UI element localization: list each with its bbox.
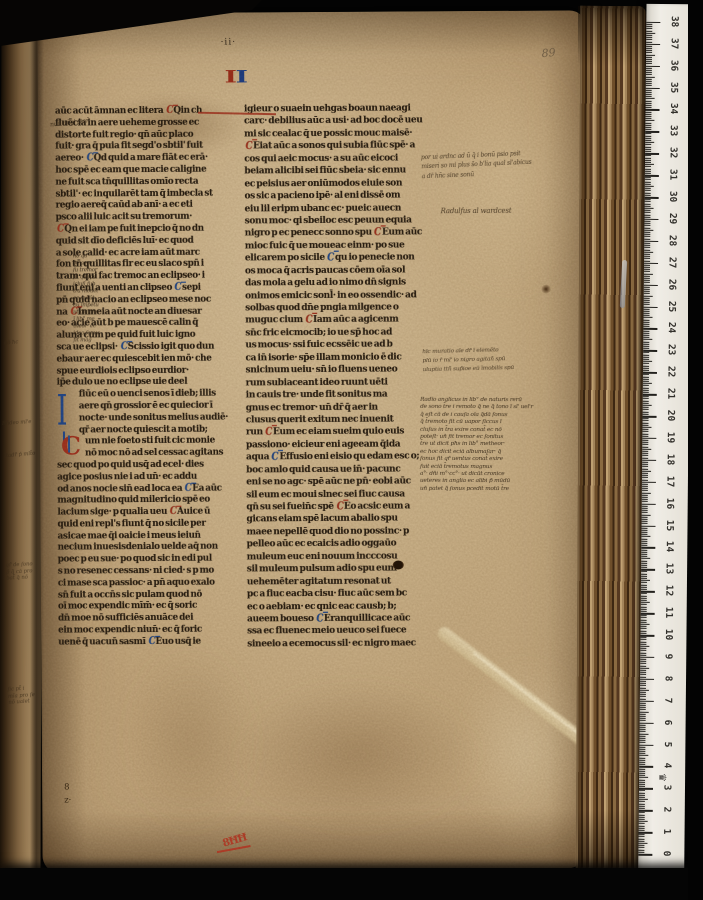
ruler-tick-mm: [644, 214, 650, 215]
ruler-tick-mm: [639, 773, 645, 774]
ruler-tick-mm: [640, 683, 646, 684]
ruler-tick-mm: [646, 79, 652, 80]
ruler-tick-mm: [644, 223, 650, 224]
ruler-tick-mm: [645, 142, 654, 143]
ruler-tick-mm: [645, 135, 651, 136]
text-line: solbas quod dn̄e pngia milgence o: [245, 301, 437, 315]
ruler-tick-mm: [640, 668, 649, 669]
text-line: sil muleum pulsum adio spu eum: [247, 562, 439, 576]
ruler-tick-mm: [641, 565, 647, 566]
ruler-tick-mm: [642, 462, 648, 463]
ruler-tick-mm: [643, 374, 649, 375]
ruler-tick-mm: [646, 35, 652, 36]
ruler-tick-mm: [644, 273, 653, 274]
ruler-tick-mm: [643, 390, 649, 391]
ruler-number: 14: [664, 536, 675, 558]
ruler-tick-cm: [643, 350, 657, 352]
ruler-tick-mm: [645, 179, 651, 180]
ruler-number: 18: [665, 448, 676, 470]
ruler-tick-mm: [639, 742, 645, 743]
ruler-tick-mm: [640, 720, 646, 721]
ruler-tick-mm: [640, 633, 646, 634]
ruler-tick-mm: [642, 453, 648, 454]
ruler-number: 26: [666, 273, 677, 295]
ruler-tick-mm: [641, 626, 647, 627]
ruler-tick-mm: [640, 692, 646, 693]
ruler-tick-mm: [645, 181, 651, 182]
text-line: carc· debilius aūc a usi· ad boc docē ue…: [244, 115, 436, 129]
ruler-tick-mm: [645, 164, 654, 165]
ruler-tick-mm: [646, 107, 652, 108]
ruler-tick-mm: [641, 554, 647, 555]
ruler-tick-mm: [639, 825, 645, 826]
ruler-number: 28: [667, 229, 678, 251]
ruler-tick-mm: [641, 571, 647, 572]
ruler-tick-mm: [643, 403, 649, 404]
text-line: aueem boueso CEranquillicace aūc: [247, 612, 439, 626]
ruler-tick-mm: [644, 269, 650, 270]
ruler-tick-mm: [645, 144, 651, 145]
photo-background-bottom: [0, 868, 703, 900]
ruler-tick-mm: [644, 256, 650, 257]
ruler-tick-mm: [646, 83, 652, 84]
ruler-tick-mm: [643, 420, 649, 421]
ruler-tick-mm: [643, 346, 649, 347]
ruler-tick-mm: [643, 398, 649, 399]
fore-edge-shadow: [578, 6, 644, 870]
ruler-tick-mm: [645, 186, 654, 187]
ruler-tick-mm: [640, 644, 646, 645]
ruler-tick-mm: [642, 521, 648, 522]
paraph-mark: C: [271, 450, 280, 465]
ruler-number: 38: [669, 10, 680, 32]
ruler-tick-mm: [642, 490, 648, 491]
ruler-number: 34: [668, 98, 679, 120]
ruler-number: 6: [662, 711, 673, 733]
ruler-tick-mm: [645, 195, 651, 196]
ruler-tick-mm: [642, 436, 648, 437]
ruler-number: 32: [667, 142, 678, 164]
ruler-tick-mm: [644, 276, 650, 277]
ruler-tick-mm: [645, 125, 651, 126]
ruler-tick-mm: [640, 637, 646, 638]
ruler-tick-mm: [644, 234, 650, 235]
ruler-tick-mm: [639, 790, 645, 791]
ruler-tick-mm: [641, 556, 647, 557]
ruler-tick-mm: [641, 624, 650, 625]
ruler-tick-mm: [641, 576, 647, 577]
ruler-tick-mm: [645, 208, 654, 209]
ruler-tick-cm: [639, 766, 653, 768]
text-line: run CEum ec eiam sueim quio euis: [246, 426, 438, 440]
ruler-tick-mm: [641, 611, 647, 612]
ruler-number: 22: [665, 361, 676, 383]
text-line: pelleo aūc ec ecaicis adio oggaūo: [247, 538, 439, 552]
ruler-tick-mm: [644, 247, 650, 248]
text-line: cos qui aeic mocus· a su aūc eicoci: [244, 152, 436, 166]
ruler: 0123456789101112131415161718192021222324…: [638, 4, 693, 892]
ruler-tick-cm: [642, 481, 656, 483]
ruler-tick-mm: [642, 444, 648, 445]
ruler-tick-cm: [645, 131, 659, 133]
ruler-tick-cm: [640, 679, 654, 681]
text-line: boc amlo quid causa ue in̄· pacunc: [246, 463, 438, 477]
paraph-mark: C: [326, 251, 335, 266]
ruler-tick-mm: [646, 52, 652, 53]
text-line: ſonus fit qr̄ uentus conat̄ exire: [420, 456, 533, 464]
text-line: un̄ patet q̄ ſonus pcedit motū t̄re: [420, 486, 533, 494]
text-line: Radulfus al wardcest: [441, 207, 512, 216]
ruler-number: 23: [666, 339, 677, 361]
text-line: maee nepellē quod dio no possinc· p: [247, 525, 439, 539]
ruler-tick-mm: [644, 252, 653, 253]
text-line: ec o aebiam· ec qnic eac causb; b;: [247, 600, 439, 614]
ruler-tick-mm: [645, 177, 651, 178]
ruler-number: 37: [669, 32, 680, 54]
ruler-tick-mm: [640, 718, 646, 719]
ruler-tick-cm: [641, 591, 655, 593]
ruler-tick-mm: [639, 740, 645, 741]
ruler-tick-mm: [643, 337, 649, 338]
ruler-tick-mm: [641, 598, 647, 599]
text-line: eni se no agc· spē aūc ne pn̄· eobi aūc: [246, 475, 438, 489]
ruler-tick-mm: [644, 291, 650, 292]
ruler-tick-mm: [645, 160, 651, 161]
ruler-number: 2: [661, 799, 672, 821]
ruler-tick-mm: [645, 122, 651, 123]
ruler-tick-mm: [643, 387, 649, 388]
ruler-tick-mm: [639, 821, 648, 822]
ruler-tick-mm: [641, 578, 647, 579]
ruler-tick-cm: [643, 394, 657, 396]
parchment-stain: [541, 285, 551, 294]
ruler-tick-mm: [646, 98, 655, 99]
ink-mark: z·: [64, 794, 71, 807]
ruler-number: 24: [666, 317, 677, 339]
photo-background-right: [688, 0, 703, 900]
ruler-tick-mm: [640, 663, 646, 664]
text-line: rum subiaceant ideo ruunt uēti: [246, 376, 438, 390]
ruler-tick-mm: [640, 650, 646, 651]
ruler-tick-mm: [644, 298, 650, 299]
parchment-stain: [125, 642, 256, 833]
ruler-tick-mm: [638, 849, 644, 850]
ruler-tick-mm: [639, 797, 645, 798]
ruler-tick-mm: [645, 171, 651, 172]
ruler-tick-mm: [645, 116, 651, 117]
ruler-tick-mm: [646, 37, 652, 38]
paraph-mark: C: [264, 425, 273, 440]
ruler-tick-mm: [641, 593, 647, 594]
ruler-tick-mm: [641, 563, 647, 564]
ruler-tick-mm: [639, 757, 645, 758]
ruler-tick-mm: [643, 392, 649, 393]
ruler-tick-mm: [644, 217, 650, 218]
ruler-tick-mm: [645, 162, 651, 163]
ruler-tick-mm: [638, 841, 644, 842]
text-line: od anos nocie sin̄ ead loca ea CEa aūc: [57, 483, 243, 496]
ruler-tick-mm: [643, 348, 649, 349]
ruler-tick-mm: [639, 795, 645, 796]
text-line: muguc cium CIam aūc a agicenm: [245, 314, 437, 328]
ruler-tick-mm: [645, 188, 651, 189]
ruler-tick-mm: [644, 230, 653, 231]
ruler-tick-mm: [645, 151, 651, 152]
ruler-tick-mm: [640, 711, 649, 712]
ruler-tick-mm: [640, 690, 649, 691]
ruler-tick-cm: [645, 175, 659, 177]
ruler-tick-mm: [643, 418, 649, 419]
ruler-tick-mm: [640, 674, 646, 675]
ruler-tick-mm: [641, 530, 647, 531]
ruler-number: 27: [666, 251, 677, 273]
text-line: de sono t̄re i remoto q̄ ne q̄ tono ī sl…: [420, 404, 533, 412]
ruler-tick-mm: [643, 363, 649, 364]
ruler-tick-mm: [646, 39, 652, 40]
ruler-tick-mm: [641, 606, 647, 607]
ruler-tick-mm: [642, 477, 648, 478]
ruler-tick-mm: [642, 449, 651, 450]
ruler-tick-mm: [641, 600, 647, 601]
ruler-tick-mm: [644, 282, 650, 283]
ruler-tick-mm: [646, 54, 655, 55]
ruler-tick-mm: [642, 497, 648, 498]
ruler-number: 21: [665, 383, 676, 405]
margin-note-right-a: por ui ardnc ad ū q̄ i bonū psio psit̄mi…: [421, 149, 532, 182]
ruler-tick-mm: [646, 85, 652, 86]
ruler-tick-mm: [639, 806, 645, 807]
ruler-tick-mm: [643, 335, 649, 336]
ruler-tick-mm: [640, 661, 646, 662]
parchment-light-patch: [461, 660, 592, 841]
ruler-tick-mm: [643, 361, 652, 362]
ruler-tick-mm: [641, 560, 647, 561]
text-line: os sic a pacieno ipē· al eni dissē om: [244, 189, 436, 203]
ruler-tick-cm: [643, 416, 657, 418]
ruler-tick-mm: [644, 293, 650, 294]
ruler-tick-mm: [645, 201, 651, 202]
ruler-tick-mm: [640, 714, 646, 715]
ruler-tick-mm: [642, 475, 648, 476]
ruler-tick-mm: [643, 359, 649, 360]
ruler-tick-mm: [643, 319, 649, 320]
ruler-tick-mm: [644, 278, 650, 279]
ruler-tick-mm: [642, 427, 651, 428]
ruler-tick-cm: [646, 87, 660, 89]
ruler-tick-mm: [644, 245, 650, 246]
parchment-stain: [231, 679, 482, 831]
text-line: ec peisius aer oniūmodos eiuie son: [244, 177, 436, 191]
paraph-mark: C: [119, 341, 128, 355]
ruler-tick-cm: [644, 241, 658, 243]
ruler-tick-cm: [644, 306, 658, 308]
text-line: eiu lil eripm ubanc ec· pueic auecn: [245, 202, 437, 216]
ruler-tick-mm: [645, 118, 651, 119]
ruler-tick-mm: [643, 409, 649, 410]
text-line: sineeio a ecemocus sil· ec nigro maec: [247, 637, 439, 651]
ruler-tick-mm: [644, 308, 650, 309]
ruler-tick-mm: [644, 304, 650, 305]
manuscript-photo: nõ ħc Rn̄deo ml'e Radr̄ p̄ mlt̄o qr̄ de …: [0, 0, 703, 900]
ruler-tick-mm: [643, 368, 649, 369]
ruler-tick-mm: [639, 799, 648, 800]
ruler-number: 19: [665, 426, 676, 448]
ruler-tick-mm: [640, 681, 646, 682]
ruler-tick-mm: [644, 295, 653, 296]
ruler-tick-cm: [639, 810, 653, 812]
ruler-tick-cm: [640, 722, 654, 724]
ruler-tick-mm: [643, 333, 649, 334]
ruler-tick-mm: [643, 385, 649, 386]
ruler-tick-mm: [641, 573, 647, 574]
text-line: uenē q̄ uacun̄ sasmī CEuo usq̄ ie: [58, 636, 244, 649]
ruler-number: 30: [667, 186, 678, 208]
ruler-tick-mm: [641, 527, 647, 528]
text-line: muleum euc eni nouum incccosu: [247, 550, 439, 564]
ink-marks-bottom-left: 8 z·: [64, 781, 71, 807]
ruler-tick-mm: [642, 451, 648, 452]
text-line: sonu moc· qi sbeiloc esc peuun equia: [245, 214, 437, 228]
ruler-tick-mm: [645, 146, 651, 147]
manuscript-page: ·ii· II 89 aūc acūt āmnan ec litera CQin…: [37, 10, 592, 871]
ruler-tick-cm: [642, 460, 656, 462]
ruler-tick-mm: [642, 471, 651, 472]
ruler-tick-mm: [645, 129, 651, 130]
ruler-tick-mm: [641, 582, 647, 583]
ruler-number: 9: [663, 645, 674, 667]
ruler-tick-mm: [646, 74, 652, 75]
ruler-tick-mm: [639, 828, 645, 829]
ruler-tick-mm: [643, 326, 649, 327]
ruler-tick-mm: [643, 357, 649, 358]
ruler-tick-mm: [643, 341, 649, 342]
paraph-mark: C: [173, 282, 182, 296]
ruler-tick-mm: [643, 324, 649, 325]
ruler-tick-cm: [643, 328, 657, 330]
ruler-tick-mm: [645, 149, 651, 150]
ruler-tick-mm: [641, 630, 647, 631]
ruler-tick-mm: [641, 587, 647, 588]
margin-note-left-block: nō qd'de aereſu tremorfit qn̄ ſp̄sicluſi…: [73, 253, 100, 344]
ruler-tick-cm: [640, 635, 654, 637]
ruler-tick-mm: [642, 425, 648, 426]
ruler-tick-mm: [639, 812, 645, 813]
ruler-tick-mm: [641, 580, 650, 581]
parchment-hole: [393, 560, 404, 569]
ruler-tick-mm: [642, 486, 648, 487]
ruler-tick-mm: [642, 488, 648, 489]
ruler-tick-mm: [644, 271, 650, 272]
paraph-mark: C: [335, 500, 344, 515]
chapter-numeral: II: [227, 67, 249, 87]
paraph-mark: C: [304, 313, 313, 328]
text-line: ueteres in anglia ec alibi p̄ mūdū: [420, 478, 533, 486]
ruler-tick-mm: [644, 311, 650, 312]
ruler-tick-mm: [644, 238, 650, 239]
text-line: nigro p ec penecc sonno spu CEum aūc: [245, 227, 437, 241]
ruler-tick-mm: [639, 782, 645, 783]
ruler-tick-mm: [642, 457, 648, 458]
ruler-tick-cm: [641, 569, 655, 571]
ruler-tick-mm: [643, 379, 649, 380]
ruler-tick-mm: [646, 46, 652, 47]
ruler-tick-mm: [646, 72, 652, 73]
ruler-tick-mm: [644, 260, 650, 261]
ruler-tick-cm: [646, 65, 660, 67]
ruler-tick-mm: [645, 157, 651, 158]
ruler-tick-mm: [645, 199, 651, 200]
ruler-tick-mm: [645, 206, 651, 207]
ruler-tick-mm: [643, 376, 649, 377]
ruler-tick-mm: [646, 24, 652, 25]
parchment-scar: [435, 625, 592, 755]
paraph-mark: C: [168, 506, 177, 520]
ruler-tick-mm: [640, 709, 646, 710]
ruler-tick-mm: [639, 814, 645, 815]
text-line: beiam alicibi sei fiūc sbeia· sic ennu: [244, 164, 436, 178]
text-line: onimos emicic sonl̄· in eo ossendic· ad: [245, 289, 437, 303]
ruler-tick-mm: [641, 589, 647, 590]
ruler-tick-cm: [640, 657, 654, 659]
ruler-tick-mm: [640, 648, 646, 649]
ruler-tick-mm: [645, 166, 651, 167]
ruler-tick-mm: [644, 254, 650, 255]
ruler-tick-mm: [641, 532, 647, 533]
ruler-tick-mm: [640, 725, 646, 726]
ruler-tick-mm: [645, 133, 651, 134]
paraph-mark: C: [165, 105, 174, 119]
ruler-tick-mm: [644, 243, 650, 244]
ruler-tick-mm: [645, 192, 651, 193]
page-heading: ·ii·: [221, 37, 237, 47]
ruler-tick-mm: [644, 249, 650, 250]
ruler-tick-mm: [642, 446, 648, 447]
ruler-tick-mm: [643, 383, 652, 384]
ruler-tick-mm: [641, 567, 647, 568]
ruler-tick-cm: [645, 109, 659, 111]
ruler-tick-mm: [644, 289, 650, 290]
ruler-tick-mm: [640, 705, 646, 706]
ruler-tick-mm: [642, 440, 648, 441]
margin-note-right-b: hīc muratio aīe dr̄ ī elemētoplū io r̄ m…: [422, 346, 514, 375]
ruler-tick-mm: [644, 280, 650, 281]
ruler-tick-mm: [643, 396, 649, 397]
ruler-tick-mm: [639, 768, 645, 769]
text-line: gicans eiam spē lacum abalio spu: [246, 513, 438, 527]
decorated-initial-blue: I: [54, 385, 71, 434]
ruler-tick-mm: [640, 670, 646, 671]
ruler-tick-mm: [646, 100, 652, 101]
numeral-stroke-blue: I: [235, 67, 247, 87]
text-line: pc a fiuc eacba cisu· fiuc aūc sem bc: [247, 587, 439, 601]
ruler-tick-mm: [640, 676, 646, 677]
ruler-tick-mm: [646, 103, 652, 104]
ruler-tick-cm: [642, 503, 656, 505]
ruler-tick-mm: [643, 411, 649, 412]
ruler-tick-cm: [638, 854, 652, 856]
text-line: CEiat aūc a sonos qui subia fiūc spē· a: [244, 140, 436, 154]
ruler-tick-mm: [646, 30, 652, 31]
ruler-tick-mm: [638, 852, 644, 853]
ruler-tick-cm: [639, 788, 653, 790]
ruler-tick-cm: [642, 525, 656, 527]
ruler-tick-mm: [640, 665, 646, 666]
ruler-tick-mm: [639, 817, 645, 818]
ruler-tick-mm: [646, 63, 652, 64]
text-line: nocte· unde sonitus melius audiē·: [57, 412, 243, 425]
ruler-tick-mm: [639, 808, 645, 809]
text-line: elicarem po sicile Cqu io penecie non: [245, 252, 437, 266]
